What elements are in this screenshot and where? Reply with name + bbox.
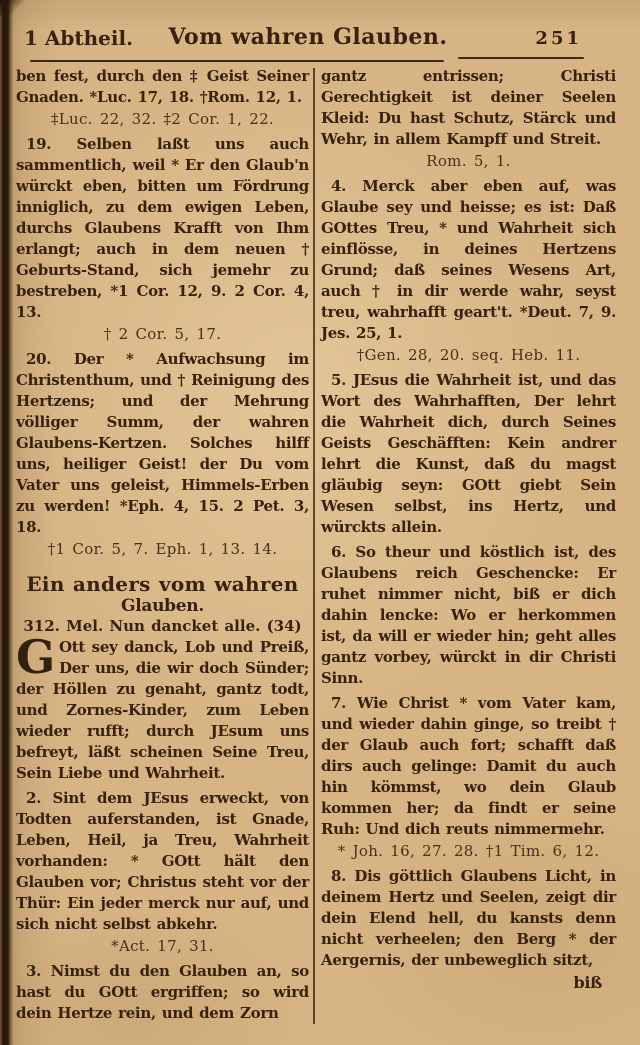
drop-cap-initial: G: [16, 637, 59, 676]
paragraph: 20. Der * Aufwachsung im Christenthum, u…: [16, 349, 309, 538]
page-header: 1 Abtheil. Vom wahren Glauben. 251: [22, 26, 610, 56]
paragraph: 3. Nimst du den Glauben an, so hast du G…: [16, 961, 309, 1024]
paragraph: 2. Sint dem JEsus erweckt, von Todten au…: [16, 788, 309, 935]
paragraph: 4. Merck aber eben auf, was Glaube sey u…: [321, 176, 616, 344]
paragraph: 7. Wie Christ * vom Vater kam, und wiede…: [321, 693, 616, 840]
text-column-left: ben fest, durch den ‡ Geist Seiner Gnade…: [16, 66, 309, 1024]
scripture-reference: * Joh. 16, 27. 28. †1 Tim. 6, 12.: [321, 841, 616, 862]
section-subheading: Glauben.: [16, 596, 309, 616]
scripture-reference: ‡Luc. 22, 32. ‡2 Cor. 1, 22.: [16, 109, 309, 130]
paragraph-continuation: ben fest, durch den ‡ Geist Seiner Gnade…: [16, 66, 309, 108]
book-page-scan: 1 Abtheil. Vom wahren Glauben. 251 ben f…: [0, 0, 640, 1045]
scripture-reference: †Gen. 28, 20. seq. Heb. 11.: [321, 345, 616, 366]
section-label: 1 Abtheil.: [24, 26, 133, 50]
header-rule-right: [458, 57, 584, 59]
paragraph: 5. JEsus die Wahrheit ist, und das Wort …: [321, 370, 616, 538]
scripture-reference: †1 Cor. 5, 7. Eph. 1, 13. 14.: [16, 539, 309, 560]
page-number: 251: [535, 28, 582, 49]
corner-shadow: [0, 0, 26, 16]
paragraph: 6. So theur und köstlich ist, des Glaube…: [321, 542, 616, 689]
scripture-reference: Rom. 5, 1.: [321, 151, 616, 172]
hymn-verse: GOtt sey danck, Lob und Preiß, Der uns, …: [16, 637, 309, 784]
paragraph: 8. Dis göttlich Glaubens Licht, in deine…: [321, 866, 616, 971]
text-column-right: gantz entrissen; Christi Gerechtigkeit i…: [321, 66, 616, 1024]
running-title: Vom wahren Glauben.: [168, 24, 447, 50]
scripture-reference: *Act. 17, 31.: [16, 936, 309, 957]
scripture-reference: † 2 Cor. 5, 17.: [16, 324, 309, 345]
binding-edge: [0, 0, 14, 1045]
text-columns: ben fest, durch den ‡ Geist Seiner Gnade…: [16, 66, 616, 1024]
column-divider: [313, 68, 315, 1024]
paragraph: 19. Selben laßt uns auch sammentlich, we…: [16, 134, 309, 323]
section-heading: Ein anders vom wahren: [16, 572, 309, 596]
header-rule-left: [30, 60, 444, 62]
catchword: biß: [321, 972, 616, 993]
hymn-meta: 312. Mel. Nun dancket alle. (34): [16, 616, 309, 636]
paragraph-continuation: gantz entrissen; Christi Gerechtigkeit i…: [321, 66, 616, 150]
